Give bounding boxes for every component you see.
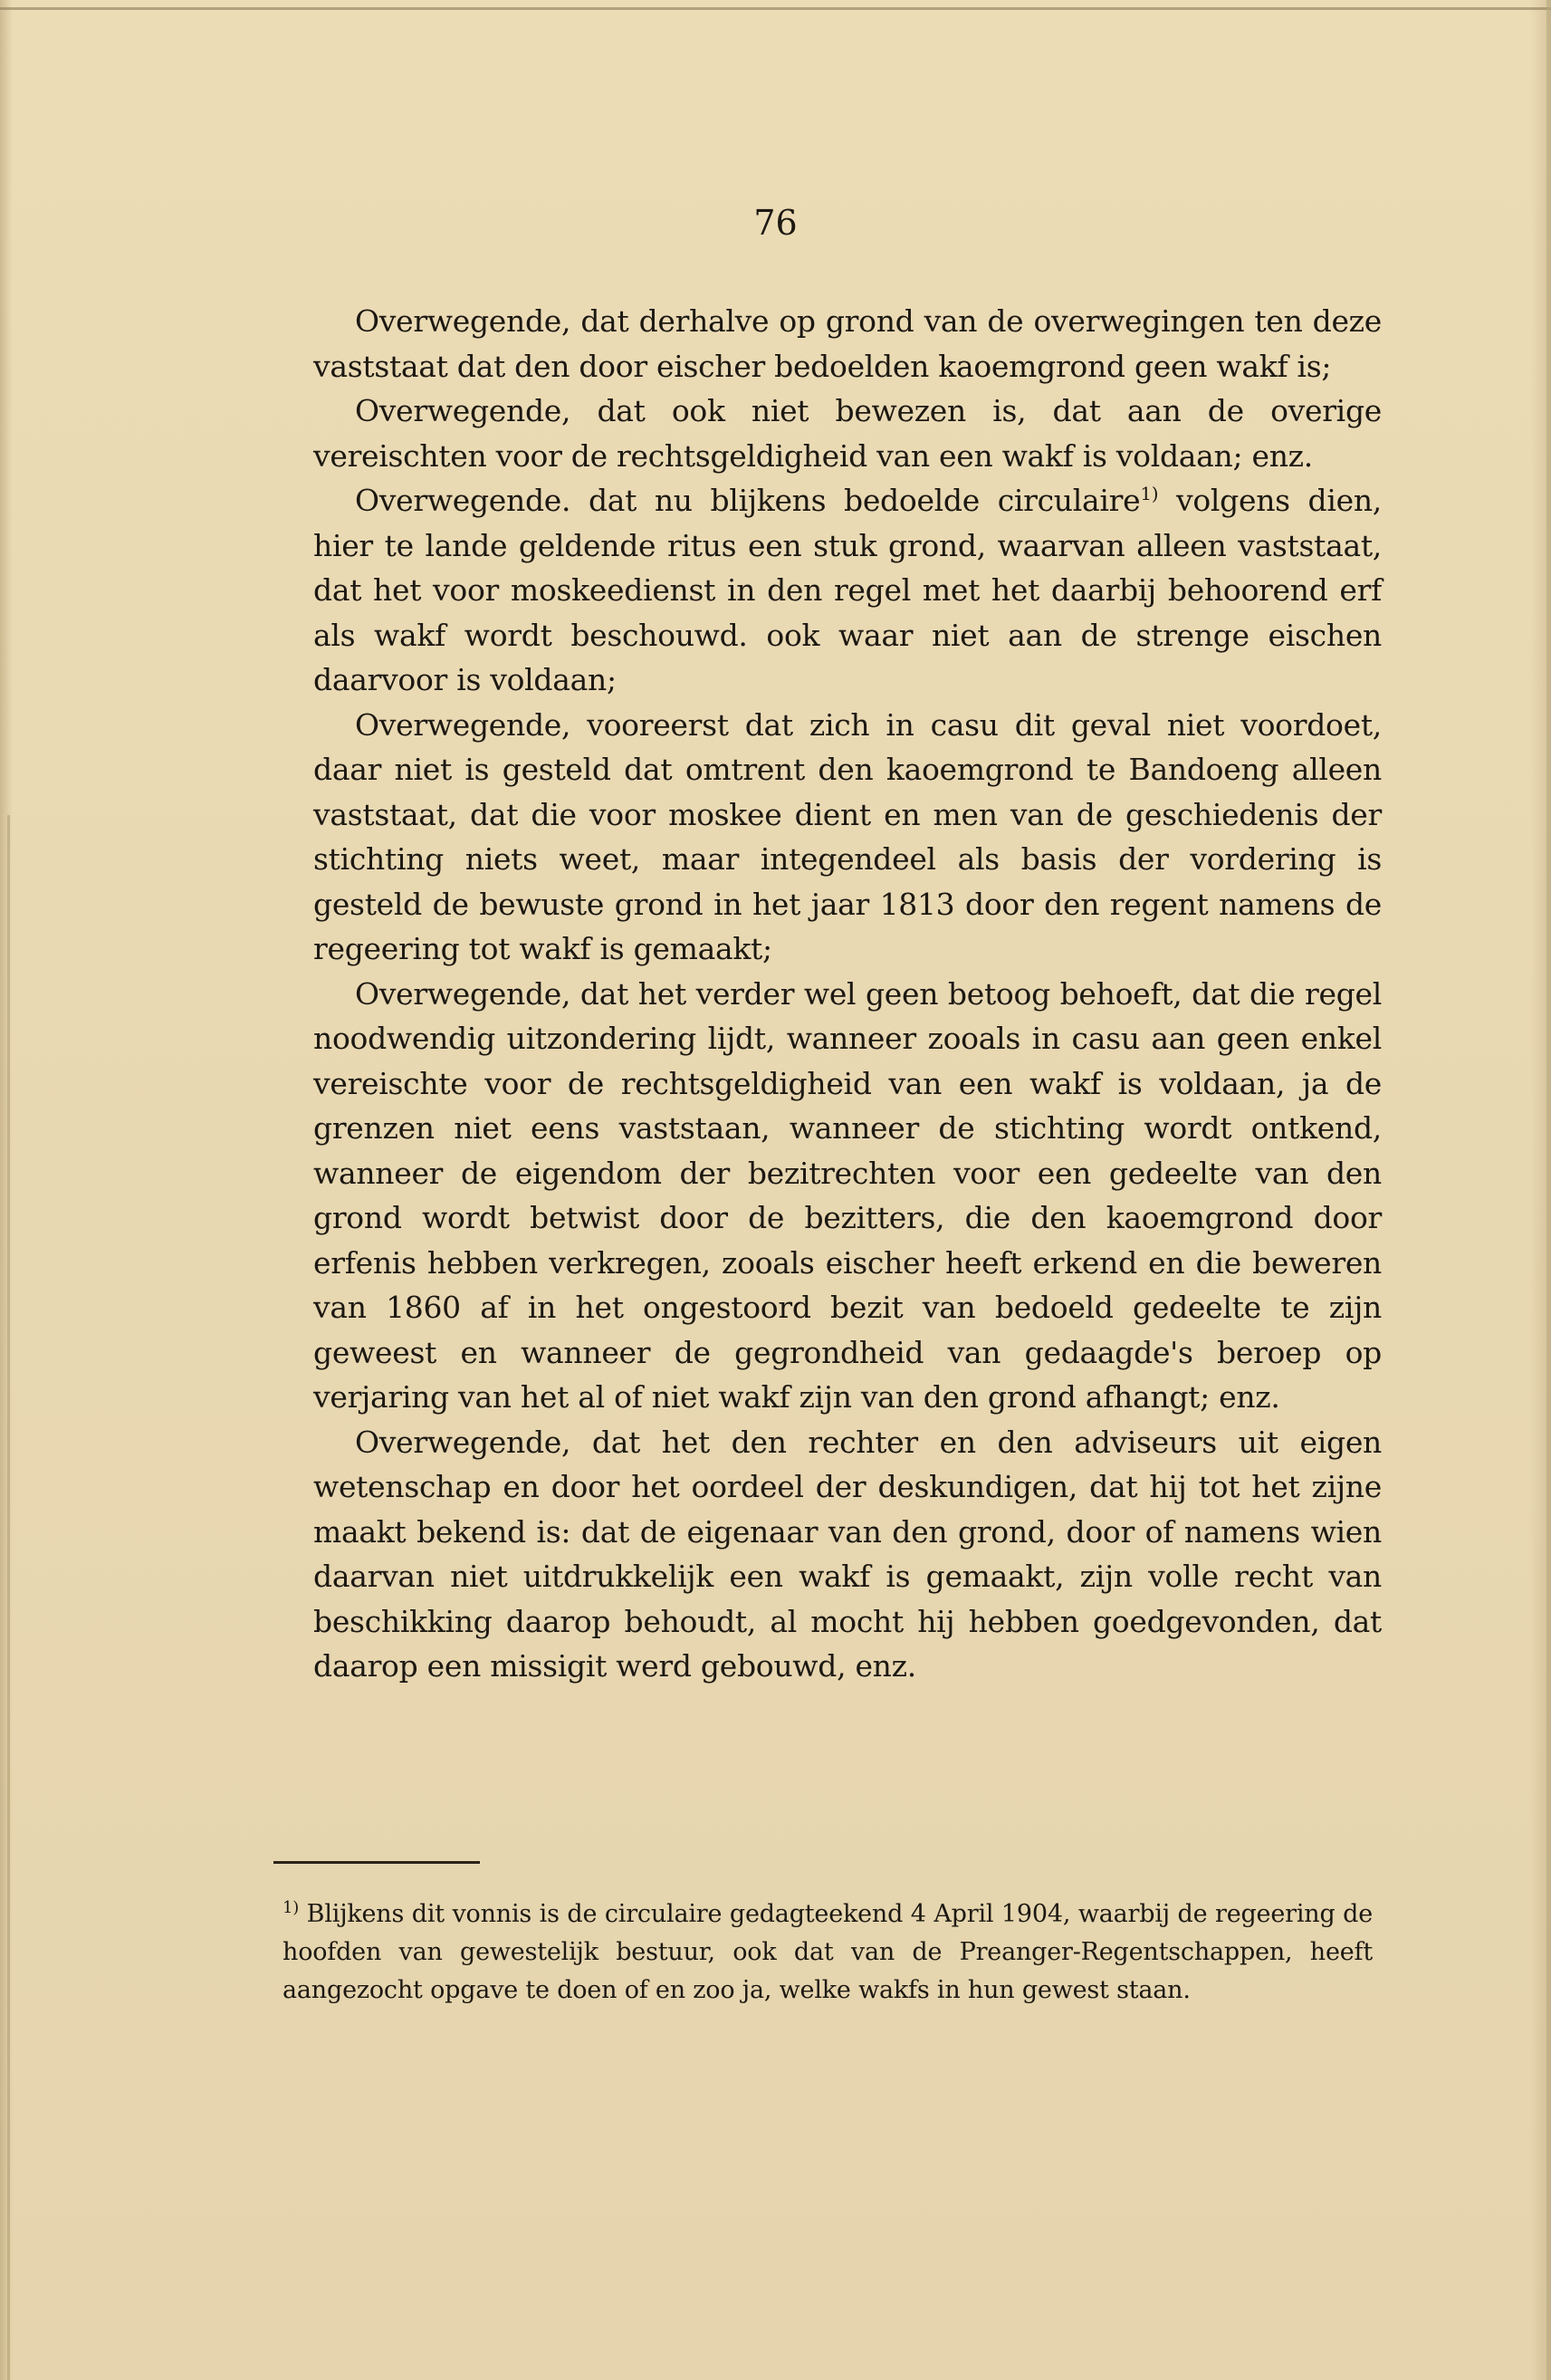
paragraph: Overwegende, dat ook niet bewezen is, da… bbox=[313, 389, 1382, 478]
scanned-page: 76 Overwegende, dat derhalve op grond va… bbox=[0, 0, 1551, 2380]
page-top-edge bbox=[0, 7, 1551, 10]
footnote-text: Blijkens dit vonnis is de circulaire ged… bbox=[282, 1900, 1373, 2004]
page-left-edge bbox=[7, 815, 10, 2380]
paragraph-with-note: Overwegende. dat nu blijkens bedoelde ci… bbox=[313, 478, 1382, 703]
footnote-reference[interactable]: 1) bbox=[1140, 483, 1158, 504]
paragraph: Overwegende, vooreerst dat zich in casu … bbox=[313, 703, 1382, 972]
paragraph-text: Overwegende. dat nu blijkens bedoelde ci… bbox=[355, 483, 1140, 518]
footnote: 1) Blijkens dit vonnis is de circulaire … bbox=[282, 1895, 1373, 2010]
footnote-divider bbox=[273, 1861, 480, 1864]
paragraph: Overwegende, dat derhalve op grond van d… bbox=[313, 299, 1382, 389]
body-text: Overwegende, dat derhalve op grond van d… bbox=[313, 299, 1382, 1689]
page-right-edge bbox=[1546, 0, 1551, 2380]
paragraph: Overwegende, dat het den rechter en den … bbox=[313, 1420, 1382, 1689]
paragraph: Overwegende, dat het verder wel geen bet… bbox=[313, 972, 1382, 1420]
footnote-marker: 1) bbox=[282, 1898, 299, 1917]
footnote-paragraph: 1) Blijkens dit vonnis is de circulaire … bbox=[282, 1895, 1373, 2010]
page-number: 76 bbox=[0, 201, 1551, 245]
